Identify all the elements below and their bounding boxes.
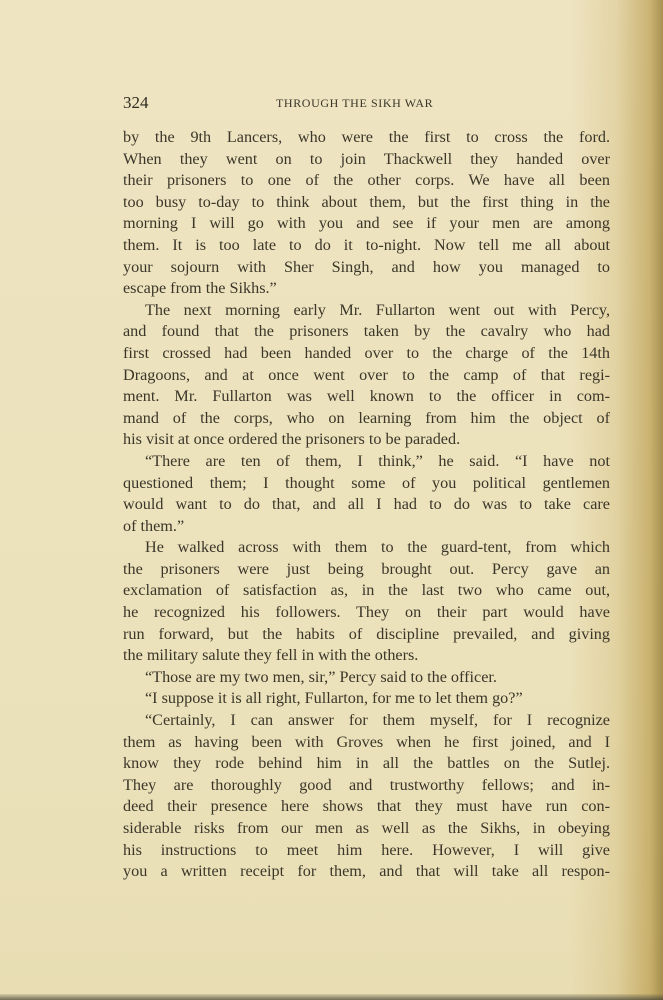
text-line: “Certainly, I can answer for them myself… (123, 710, 610, 732)
text-line: of them.” (123, 516, 610, 538)
text-line: your sojourn with Sher Singh, and how yo… (123, 257, 610, 279)
text-line: escape from the Sikhs.” (123, 278, 610, 300)
text-line: “There are ten of them, I think,” he sai… (123, 451, 610, 473)
text-line: his visit at once ordered the prisoners … (123, 429, 610, 451)
text-line: deed their presence here shows that they… (123, 796, 610, 818)
text-line: he recognized his followers. They on the… (123, 602, 610, 624)
text-line: mand of the corps, who on learning from … (123, 408, 610, 430)
text-line: know they rode behind him in all the bat… (123, 753, 610, 775)
scanned-book-page: 324 THROUGH THE SIKH WAR by the 9th Lanc… (0, 0, 663, 1000)
text-line: them as having been with Groves when he … (123, 732, 610, 754)
text-line: The next morning early Mr. Fullarton wen… (123, 300, 610, 322)
text-line: “I suppose it is all right, Fullarton, f… (123, 688, 610, 710)
text-line: you a written receipt for them, and that… (123, 861, 610, 883)
text-line: Dragoons, and at once went over to the c… (123, 365, 610, 387)
body-text: by the 9th Lancers, who were the first t… (123, 127, 610, 883)
page-bottom-edge (0, 994, 663, 1000)
text-line: his instructions to meet him here. Howev… (123, 840, 610, 862)
text-line: exclamation of satisfaction as, in the l… (123, 580, 610, 602)
text-line: morning I will go with you and see if yo… (123, 213, 610, 235)
text-line: their prisoners to one of the other corp… (123, 170, 610, 192)
text-line: When they went on to join Thackwell they… (123, 149, 610, 171)
text-line: questioned them; I thought some of you p… (123, 473, 610, 495)
text-line: He walked across with them to the guard-… (123, 537, 610, 559)
text-line: too busy to-day to think about them, but… (123, 192, 610, 214)
text-line: run forward, but the habits of disciplin… (123, 624, 610, 646)
text-line: first crossed had been handed over to th… (123, 343, 610, 365)
text-line: them. It is too late to do it to-night. … (123, 235, 610, 257)
running-title: THROUGH THE SIKH WAR (276, 96, 433, 111)
text-line: the prisoners were just being brought ou… (123, 559, 610, 581)
text-line: and found that the prisoners taken by th… (123, 321, 610, 343)
text-line: “Those are my two men, sir,” Percy said … (123, 667, 610, 689)
running-head: 324 THROUGH THE SIKH WAR (123, 93, 613, 113)
text-line: by the 9th Lancers, who were the first t… (123, 127, 610, 149)
text-line: the military salute they fell in with th… (123, 645, 610, 667)
text-line: would want to do that, and all I had to … (123, 494, 610, 516)
text-line: They are thoroughly good and trustworthy… (123, 775, 610, 797)
page-number: 324 (123, 93, 149, 113)
text-line: ment. Mr. Fullarton was well known to th… (123, 386, 610, 408)
text-line: siderable risks from our men as well as … (123, 818, 610, 840)
